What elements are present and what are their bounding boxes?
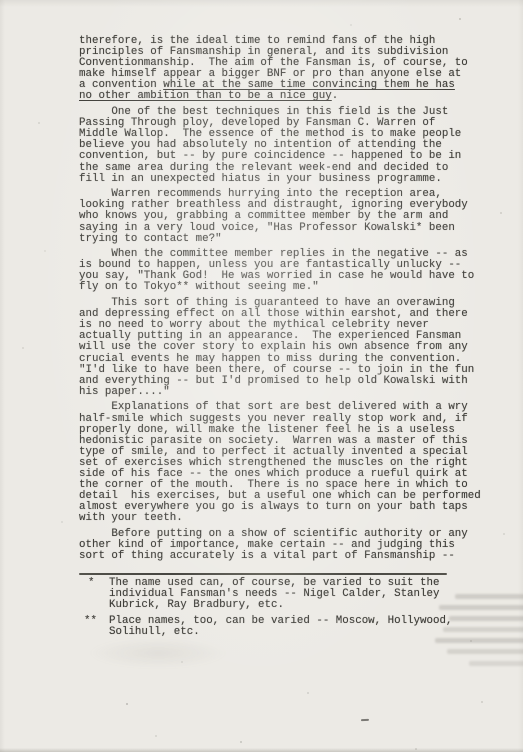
typed-line: trying to contact me?" (79, 234, 481, 245)
footnote: *The name used can, of course, be varied… (79, 578, 452, 611)
paper-specks (0, 0, 2, 2)
body-paragraph: One of the best techniques in this field… (79, 107, 481, 185)
page-bleed-through-left (88, 638, 228, 668)
typed-line: sort of thing accurately is a vital part… (79, 551, 481, 562)
typed-line: fly on to Tokyo** without seeing me." (79, 282, 481, 293)
bleed-line (449, 616, 523, 621)
typed-line: fill in an unexpected hiatus in your bus… (79, 174, 481, 185)
body-paragraph: Explanations of that sort are best deliv… (79, 402, 481, 524)
bleed-line (439, 605, 523, 610)
bleed-line (469, 661, 523, 666)
scanned-typewritten-page: therefore, is the ideal time to remind f… (0, 0, 523, 752)
bleed-line (443, 627, 523, 632)
bleed-line (455, 594, 523, 599)
footnote-text: Place names, too, can be varied -- Mosco… (109, 616, 452, 638)
footnote: **Place names, too, can be varied -- Mos… (79, 616, 452, 638)
underlined-text: no other ambition than to be a nice guy (79, 90, 332, 102)
page-body-text: therefore, is the ideal time to remind f… (79, 36, 481, 567)
typed-line: with your teeth. (79, 513, 481, 524)
typed-line: no other ambition than to be a nice guy. (79, 91, 481, 102)
body-paragraph: This sort of thing is guaranteed to have… (79, 298, 481, 398)
bleed-line (435, 638, 523, 643)
bleed-line (447, 649, 523, 654)
footnote-marker: * (79, 578, 109, 611)
typed-line: his paper...." (79, 387, 481, 398)
footnotes-section: *The name used can, of course, be varied… (79, 578, 452, 643)
footnote-marker: ** (79, 616, 109, 638)
body-paragraph: therefore, is the ideal time to remind f… (79, 36, 481, 103)
footnote-separator-line (79, 573, 447, 575)
footnote-text: The name used can, of course, be varied … (109, 578, 439, 611)
page-bleed-through (427, 594, 523, 672)
body-paragraph: Before putting on a show of scientific a… (79, 529, 481, 562)
stray-ink-mark (361, 719, 369, 721)
body-paragraph: Warren recommends hurrying into the rece… (79, 189, 481, 244)
body-paragraph: When the committee member replies in the… (79, 249, 481, 293)
